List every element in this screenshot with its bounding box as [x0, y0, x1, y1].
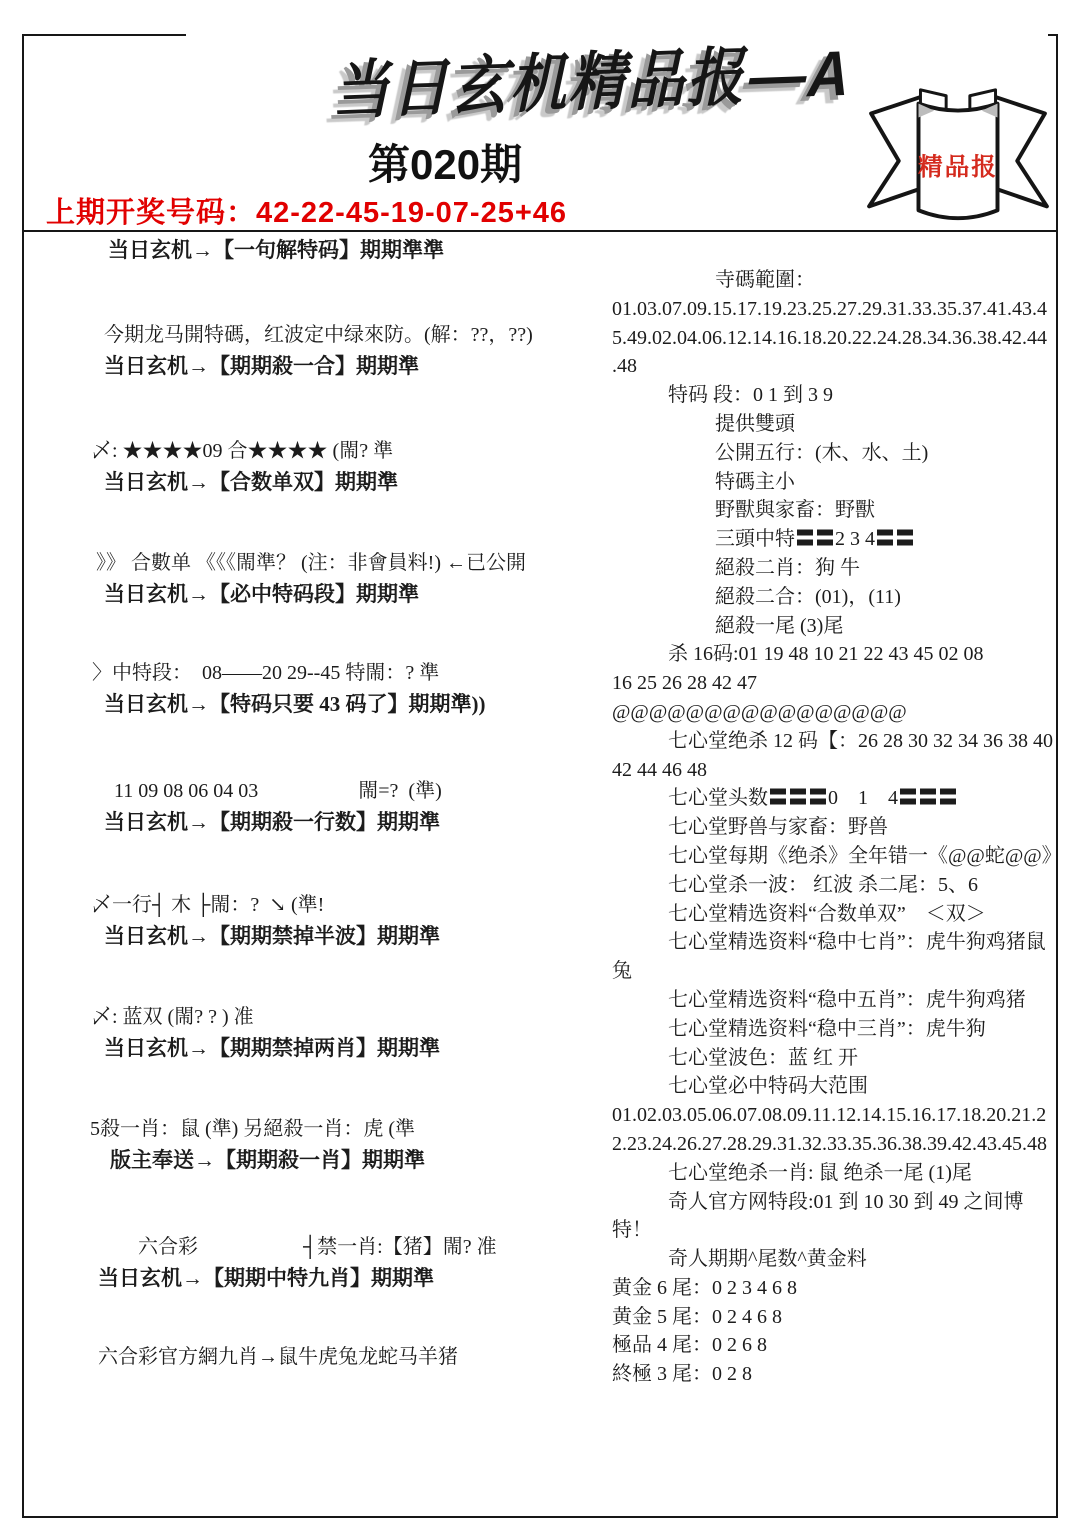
- right-line: 七心堂精选资料“合数单双” ＜双＞: [612, 900, 1058, 929]
- right-line: 42 44 46 48: [612, 756, 1058, 785]
- right-line: 七心堂野兽与家畜：野兽: [612, 813, 1058, 842]
- right-line: 七心堂头数〓〓〓0 1 4〓〓〓: [612, 784, 1058, 813]
- right-line: 絕殺二肖：狗 牛: [612, 554, 1058, 583]
- header-divider: [23, 230, 1056, 232]
- right-line: 杀 16码:01 19 48 10 21 22 43 45 02 08: [612, 640, 1058, 669]
- right-line: 特码 段：0 1 到 3 9: [612, 381, 1058, 410]
- right-line: 極品 4 尾：0 2 6 8: [612, 1331, 1058, 1360]
- right-line: 七心堂精选资料“稳中五肖”：虎牛狗鸡猪: [612, 986, 1058, 1015]
- info-line: 乄一行┤ 木 ├閙：? ↘ (準!: [92, 888, 324, 917]
- right-line: 公開五行：(木、水、土): [612, 439, 1058, 468]
- right-line: 七心堂绝杀一肖: 鼠 绝杀一尾 (1)尾: [612, 1159, 1058, 1188]
- info-line: 11 09 08 06 04 03 閙=? (準): [114, 774, 442, 803]
- ribbon-label: 精品报: [918, 152, 998, 181]
- right-line: 三頭中特〓〓2 3 4〓〓: [612, 525, 1058, 554]
- right-line: 絕殺二合：(01)，(11): [612, 583, 1058, 612]
- info-line: 》》 合數单 《《《閙準？ (注：非會員料!) ←已公開: [96, 546, 526, 575]
- right-line: 七心堂绝杀 12 码【：26 28 30 32 34 36 38 40: [612, 727, 1058, 756]
- right-line: 01.02.03.05.06.07.08.09.11.12.14.15.16.1…: [612, 1101, 1058, 1130]
- right-line: .48: [612, 352, 1058, 381]
- mystery-label: 当日玄机→【期期禁掉两肖】期期準: [104, 1032, 440, 1062]
- right-line: 七心堂每期《绝杀》全年错一《@@蛇@@》: [612, 842, 1058, 871]
- right-line: 奇人官方网特段:01 到 10 30 到 49 之间博: [612, 1188, 1058, 1217]
- mystery-label: 当日玄机→【期期殺一合】期期準: [104, 350, 419, 380]
- right-line: 終極 3 尾：0 2 8: [612, 1360, 1058, 1389]
- info-line: 乄: ★★★★09 合★★★★ (閙? 準: [92, 434, 393, 463]
- ribbon-banner-icon: 精品报: [858, 76, 1058, 234]
- last-draw-numbers: 上期开奖号码：42-22-45-19-07-25+46: [46, 190, 567, 231]
- right-line: 5.49.02.04.06.12.14.16.18.20.22.24.28.34…: [612, 324, 1058, 353]
- right-line: 七心堂精选资料“稳中七肖”：虎牛狗鸡猪鼠: [612, 928, 1058, 957]
- right-line: 絕殺一尾 (3)尾: [612, 612, 1058, 641]
- right-line: 七心堂波色：蓝 红 开: [612, 1044, 1058, 1073]
- mystery-label: 当日玄机→【必中特码段】期期準: [104, 578, 419, 608]
- info-line: 5殺一肖：鼠 (準) 另絕殺一肖：虎 (準: [90, 1112, 415, 1141]
- right-line: 野獸與家畜：野獸: [612, 496, 1058, 525]
- mystery-label: 当日玄机→【期期禁掉半波】期期準: [104, 920, 440, 950]
- right-line: 七心堂必中特码大范围: [612, 1072, 1058, 1101]
- mystery-label: 版主奉送→【期期殺一肖】期期準: [110, 1144, 425, 1174]
- mystery-label: 当日玄机→【特码只要 43 码了】期期準)): [104, 688, 486, 718]
- right-line: 2.23.24.26.27.28.29.31.32.33.35.36.38.39…: [612, 1130, 1058, 1159]
- right-line: @@@@@@@@@@@@@@@@: [612, 698, 1058, 727]
- right-line: 七心堂精选资料“稳中三肖”：虎牛狗: [612, 1015, 1058, 1044]
- right-line: 16 25 26 28 42 47: [612, 669, 1058, 698]
- mystery-label: 当日玄机→【一句解特码】期期準準: [108, 234, 444, 264]
- info-line: 〉中特段： 08——20 29--45 特閙：? 準: [92, 656, 439, 685]
- mystery-label: 当日玄机→【期期中特九肖】期期準: [98, 1262, 434, 1292]
- right-line: 01.03.07.09.15.17.19.23.25.27.29.31.33.3…: [612, 295, 1058, 324]
- lottery-tip-sheet: 当日玄机精品报—A 第020期 上期开奖号码：42-22-45-19-07-25…: [0, 0, 1080, 1527]
- issue-number: 第020期: [368, 132, 522, 192]
- masthead-title: 当日玄机精品报—A: [328, 22, 863, 132]
- right-column: 寺碼範圍：01.03.07.09.15.17.19.23.25.27.29.31…: [612, 266, 1058, 1389]
- right-line: 七心堂杀一波： 红波 杀二尾：5、6: [612, 871, 1058, 900]
- info-line: 六合彩 ┤禁一肖:【猪】閙? 准: [138, 1230, 497, 1259]
- right-line: 特碼主小: [612, 468, 1058, 497]
- right-line: 提供雙頭: [612, 410, 1058, 439]
- mystery-label: 当日玄机→【期期殺一行数】期期準: [104, 806, 440, 836]
- right-line: 黄金 5 尾：0 2 4 6 8: [612, 1303, 1058, 1332]
- info-line: 今期龙马開特碼，红波定中绿來防。(解：??，??): [104, 318, 533, 347]
- mystery-label: 当日玄机→【合数单双】期期準: [104, 466, 398, 496]
- right-line: 特！: [612, 1216, 1058, 1245]
- info-line: 乄: 蓝双 (閙? ? ) 准: [92, 1000, 254, 1029]
- right-line: 黄金 6 尾：0 2 3 4 6 8: [612, 1274, 1058, 1303]
- footer-line: 六合彩官方網九肖→鼠牛虎兔龙蛇马羊猪: [98, 1340, 458, 1369]
- right-line: 奇人期期^尾数^黄金料: [612, 1245, 1058, 1274]
- right-line: 兔: [612, 957, 1058, 986]
- right-line: 寺碼範圍：: [612, 266, 1058, 295]
